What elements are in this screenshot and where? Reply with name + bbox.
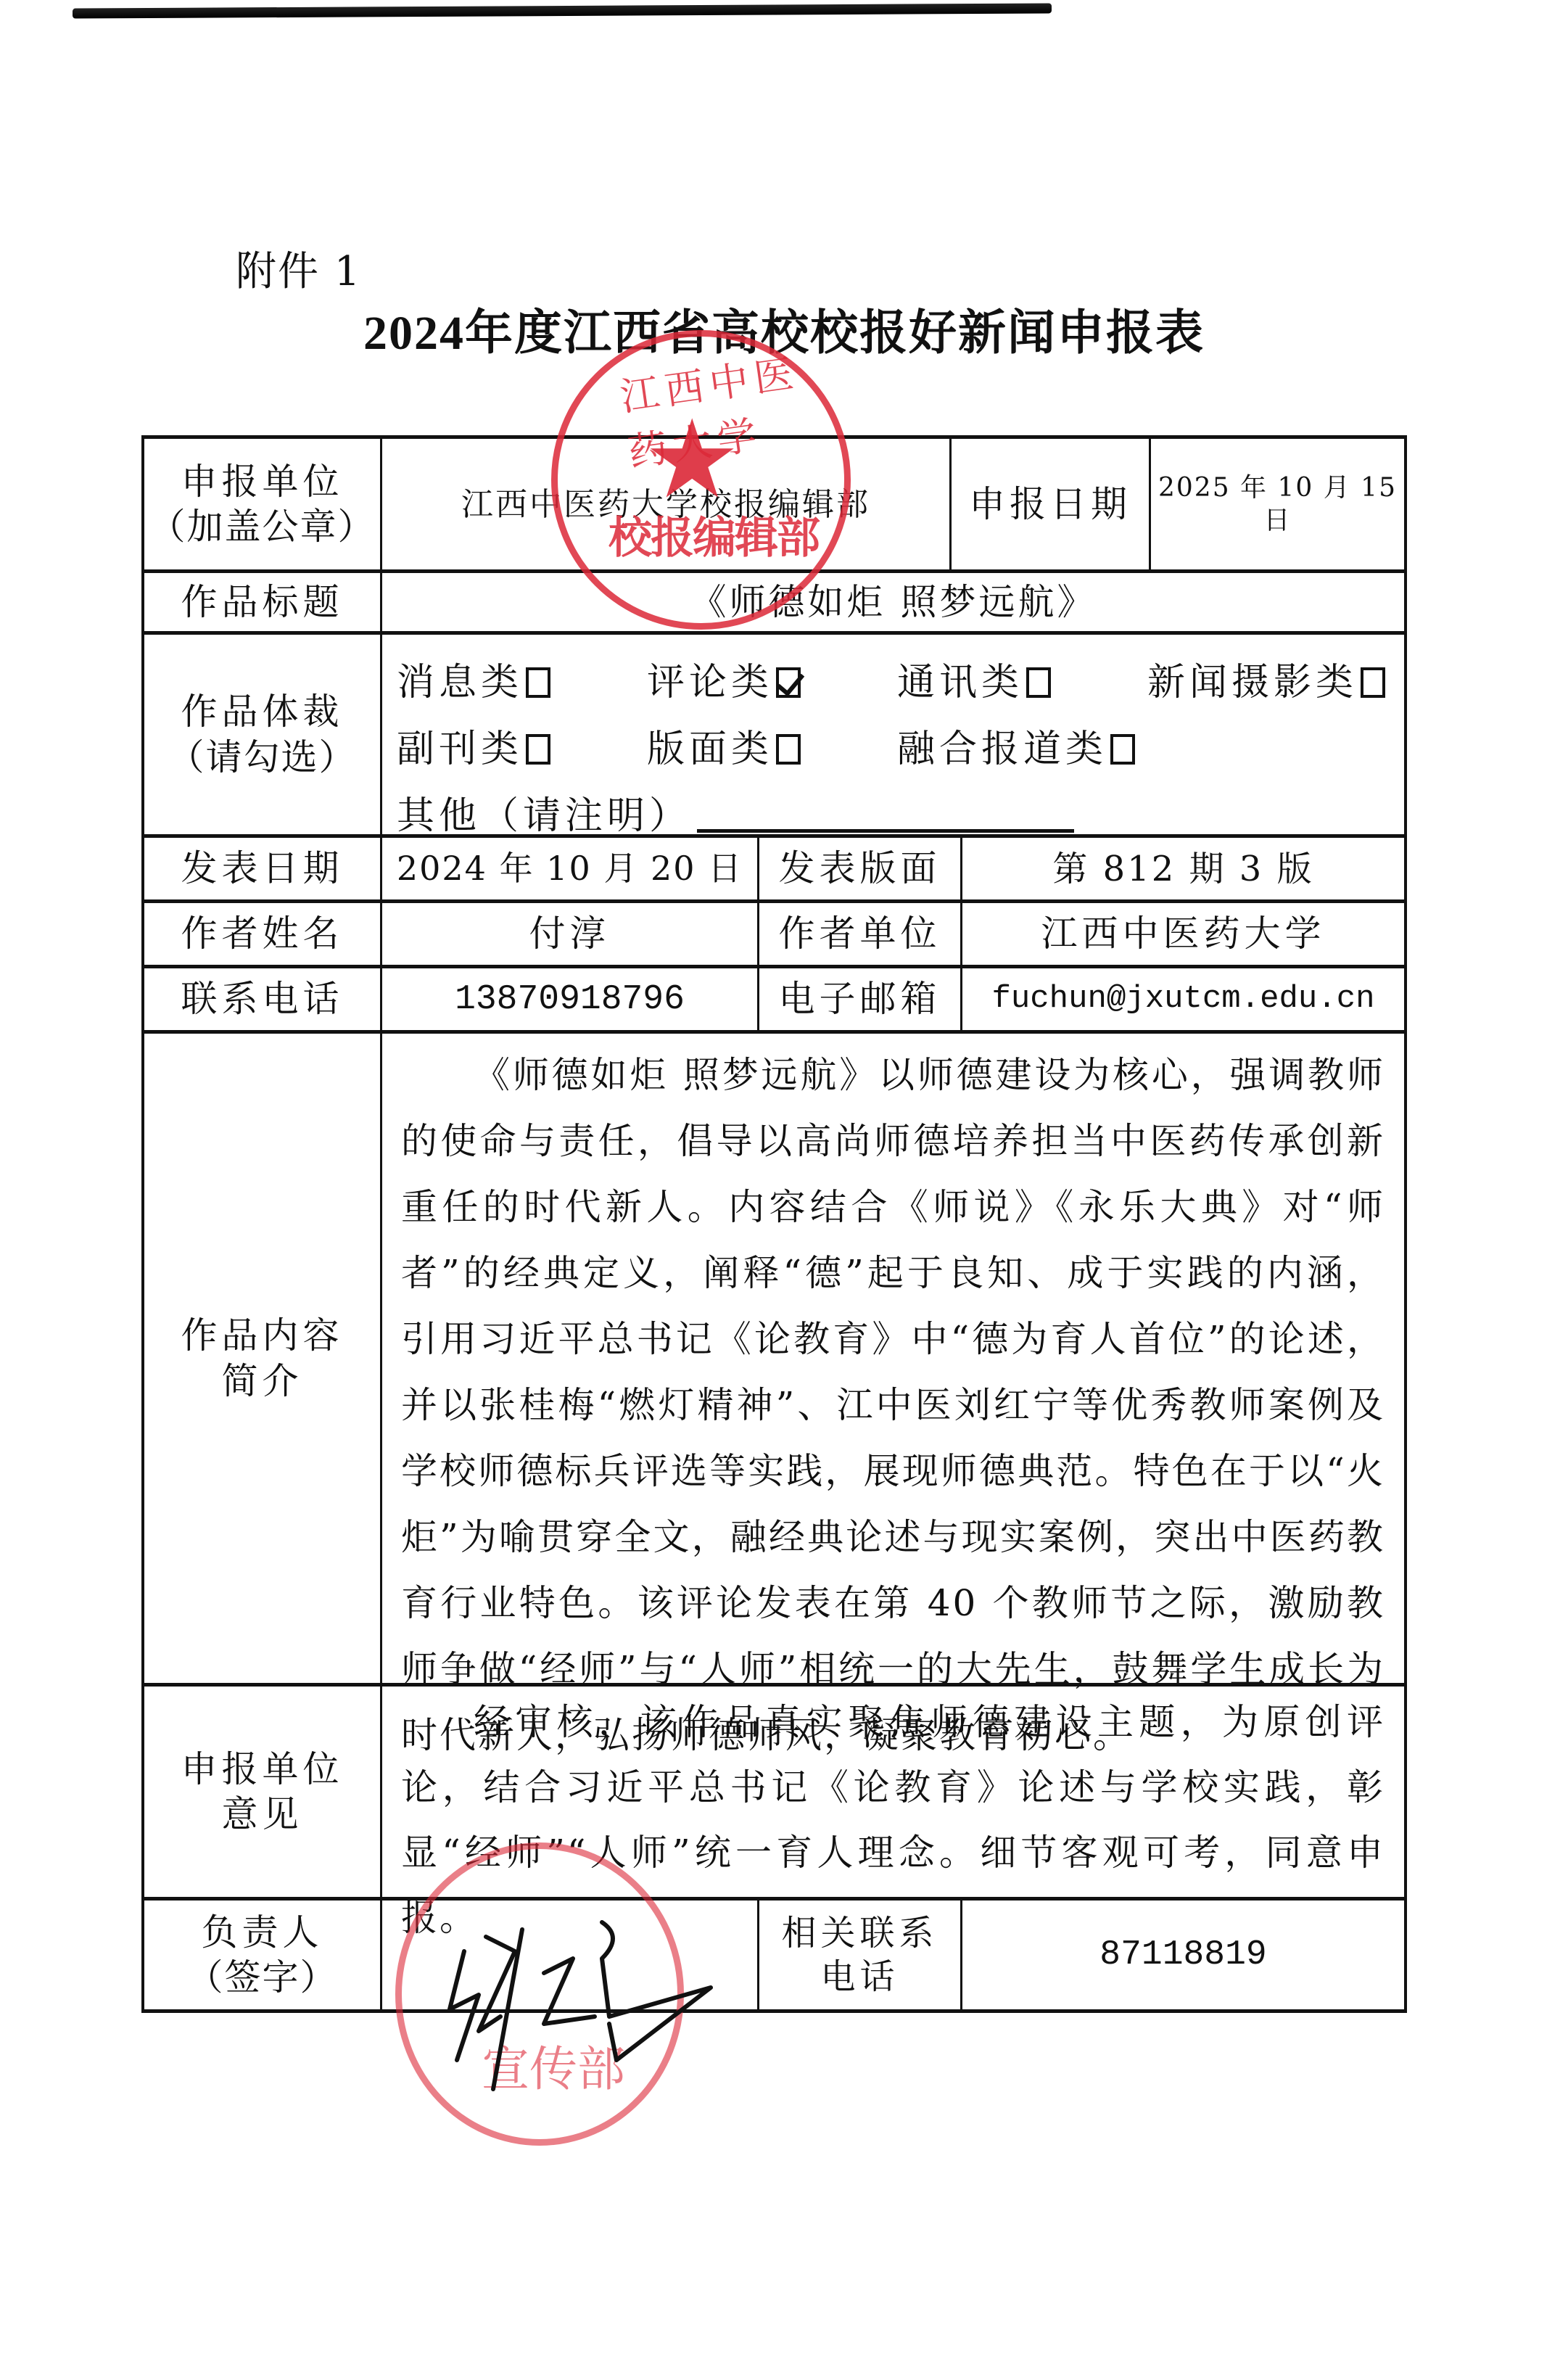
row-summary: 作品内容 简介 《师德如炬 照梦远航》以师德建设为核心，强调教师的使命与责任，倡… — [141, 1030, 1407, 1683]
label-opinion: 申报单位 意见 — [144, 1687, 380, 1897]
label-author-unit: 作者单位 — [757, 903, 960, 965]
title-text: 年度江西省高校校报好新闻申报表 — [465, 304, 1205, 361]
row-genre: 作品体裁 （请勾选） 消息类 评论类 通讯类 新闻摄影类 副刊类 版面类 融合报… — [141, 631, 1407, 834]
label-apply-date: 申报日期 — [949, 439, 1149, 569]
genre-other-input[interactable] — [697, 800, 1074, 833]
row-author: 作者姓名 付淳 作者单位 江西中医药大学 — [141, 899, 1407, 965]
value-opinion[interactable]: 经审核，该作品真实聚焦师德建设主题，为原创评论，结合习近平总书记《论教育》论述与… — [380, 1687, 1404, 1897]
value-related-phone[interactable]: 87118819 — [960, 1901, 1404, 2009]
title-year: 2024 — [363, 307, 465, 360]
handwritten-signature — [435, 1908, 740, 2096]
label-summary: 作品内容 简介 — [144, 1034, 380, 1683]
genre-option-layout[interactable]: 版面类 — [647, 726, 897, 773]
label-publish-page: 发表版面 — [757, 838, 960, 899]
value-publish-page[interactable]: 第 812 期 3 版 — [960, 838, 1404, 899]
genre-option-supplement[interactable]: 副刊类 — [397, 726, 647, 773]
value-author-unit[interactable]: 江西中医药大学 — [960, 903, 1404, 965]
checkbox-checked-icon[interactable] — [776, 667, 801, 698]
checkbox-icon[interactable] — [1110, 734, 1135, 765]
value-publish-date[interactable]: 2024 年 10 月 20 日 — [380, 838, 757, 899]
row-contact: 联系电话 13870918796 电子邮箱 fuchun@jxutcm.edu.… — [141, 965, 1407, 1030]
label-related-phone: 相关联系 电话 — [757, 1901, 960, 2009]
row-signature: 负责人 （签字） 相关联系 电话 87118819 — [141, 1897, 1407, 2013]
label-responsible: 负责人 （签字） — [144, 1901, 380, 2009]
label-publish-date: 发表日期 — [144, 838, 380, 899]
value-summary[interactable]: 《师德如炬 照梦远航》以师德建设为核心，强调教师的使命与责任，倡导以高尚师德培养… — [380, 1034, 1404, 1683]
genre-option-photo[interactable]: 新闻摄影类 — [1147, 659, 1385, 707]
genre-option-news[interactable]: 消息类 — [397, 659, 647, 707]
genre-option-commentary[interactable]: 评论类 — [647, 659, 897, 707]
checkbox-icon[interactable] — [776, 734, 801, 765]
label-phone: 联系电话 — [144, 968, 380, 1030]
row-applicant-unit: 申报单位 （加盖公章） 江西中医药大学校报编辑部 申报日期 2025 年 10 … — [141, 435, 1407, 569]
genre-option-feature[interactable]: 通讯类 — [897, 659, 1147, 707]
label-genre: 作品体裁 （请勾选） — [144, 635, 380, 834]
label-work-title: 作品标题 — [144, 573, 380, 631]
value-phone[interactable]: 13870918796 — [380, 968, 757, 1030]
label-author-name: 作者姓名 — [144, 903, 380, 965]
row-publish: 发表日期 2024 年 10 月 20 日 发表版面 第 812 期 3 版 — [141, 834, 1407, 899]
checkbox-icon[interactable] — [526, 734, 550, 765]
value-work-title[interactable]: 《师德如炬 照梦远航》 — [380, 573, 1404, 631]
value-applicant-unit[interactable]: 江西中医药大学校报编辑部 — [380, 439, 949, 569]
row-opinion: 申报单位 意见 经审核，该作品真实聚焦师德建设主题，为原创评论，结合习近平总书记… — [141, 1683, 1407, 1897]
checkbox-icon[interactable] — [526, 667, 550, 698]
attachment-label: 附件 1 — [236, 239, 361, 297]
value-author-name[interactable]: 付淳 — [380, 903, 757, 965]
label-applicant-unit: 申报单位 （加盖公章） — [144, 439, 380, 569]
checkbox-icon[interactable] — [1361, 667, 1385, 698]
checkbox-icon[interactable] — [1026, 667, 1051, 698]
genre-option-media-fusion[interactable]: 融合报道类 — [897, 726, 1135, 773]
scan-edge-bar — [73, 3, 1052, 18]
genre-options: 消息类 评论类 通讯类 新闻摄影类 副刊类 版面类 融合报道类 其他（请注明） — [380, 635, 1404, 834]
row-work-title: 作品标题 《师德如炬 照梦远航》 — [141, 569, 1407, 631]
genre-other-label: 其他（请注明） — [397, 793, 691, 840]
label-email: 电子邮箱 — [757, 968, 960, 1030]
value-email[interactable]: fuchun@jxutcm.edu.cn — [960, 968, 1404, 1030]
application-form-table: 申报单位 （加盖公章） 江西中医药大学校报编辑部 申报日期 2025 年 10 … — [141, 435, 1407, 2013]
value-apply-date[interactable]: 2025 年 10 月 15 日 — [1149, 439, 1404, 569]
page-title: 2024年度江西省高校校报好新闻申报表 — [0, 294, 1568, 363]
